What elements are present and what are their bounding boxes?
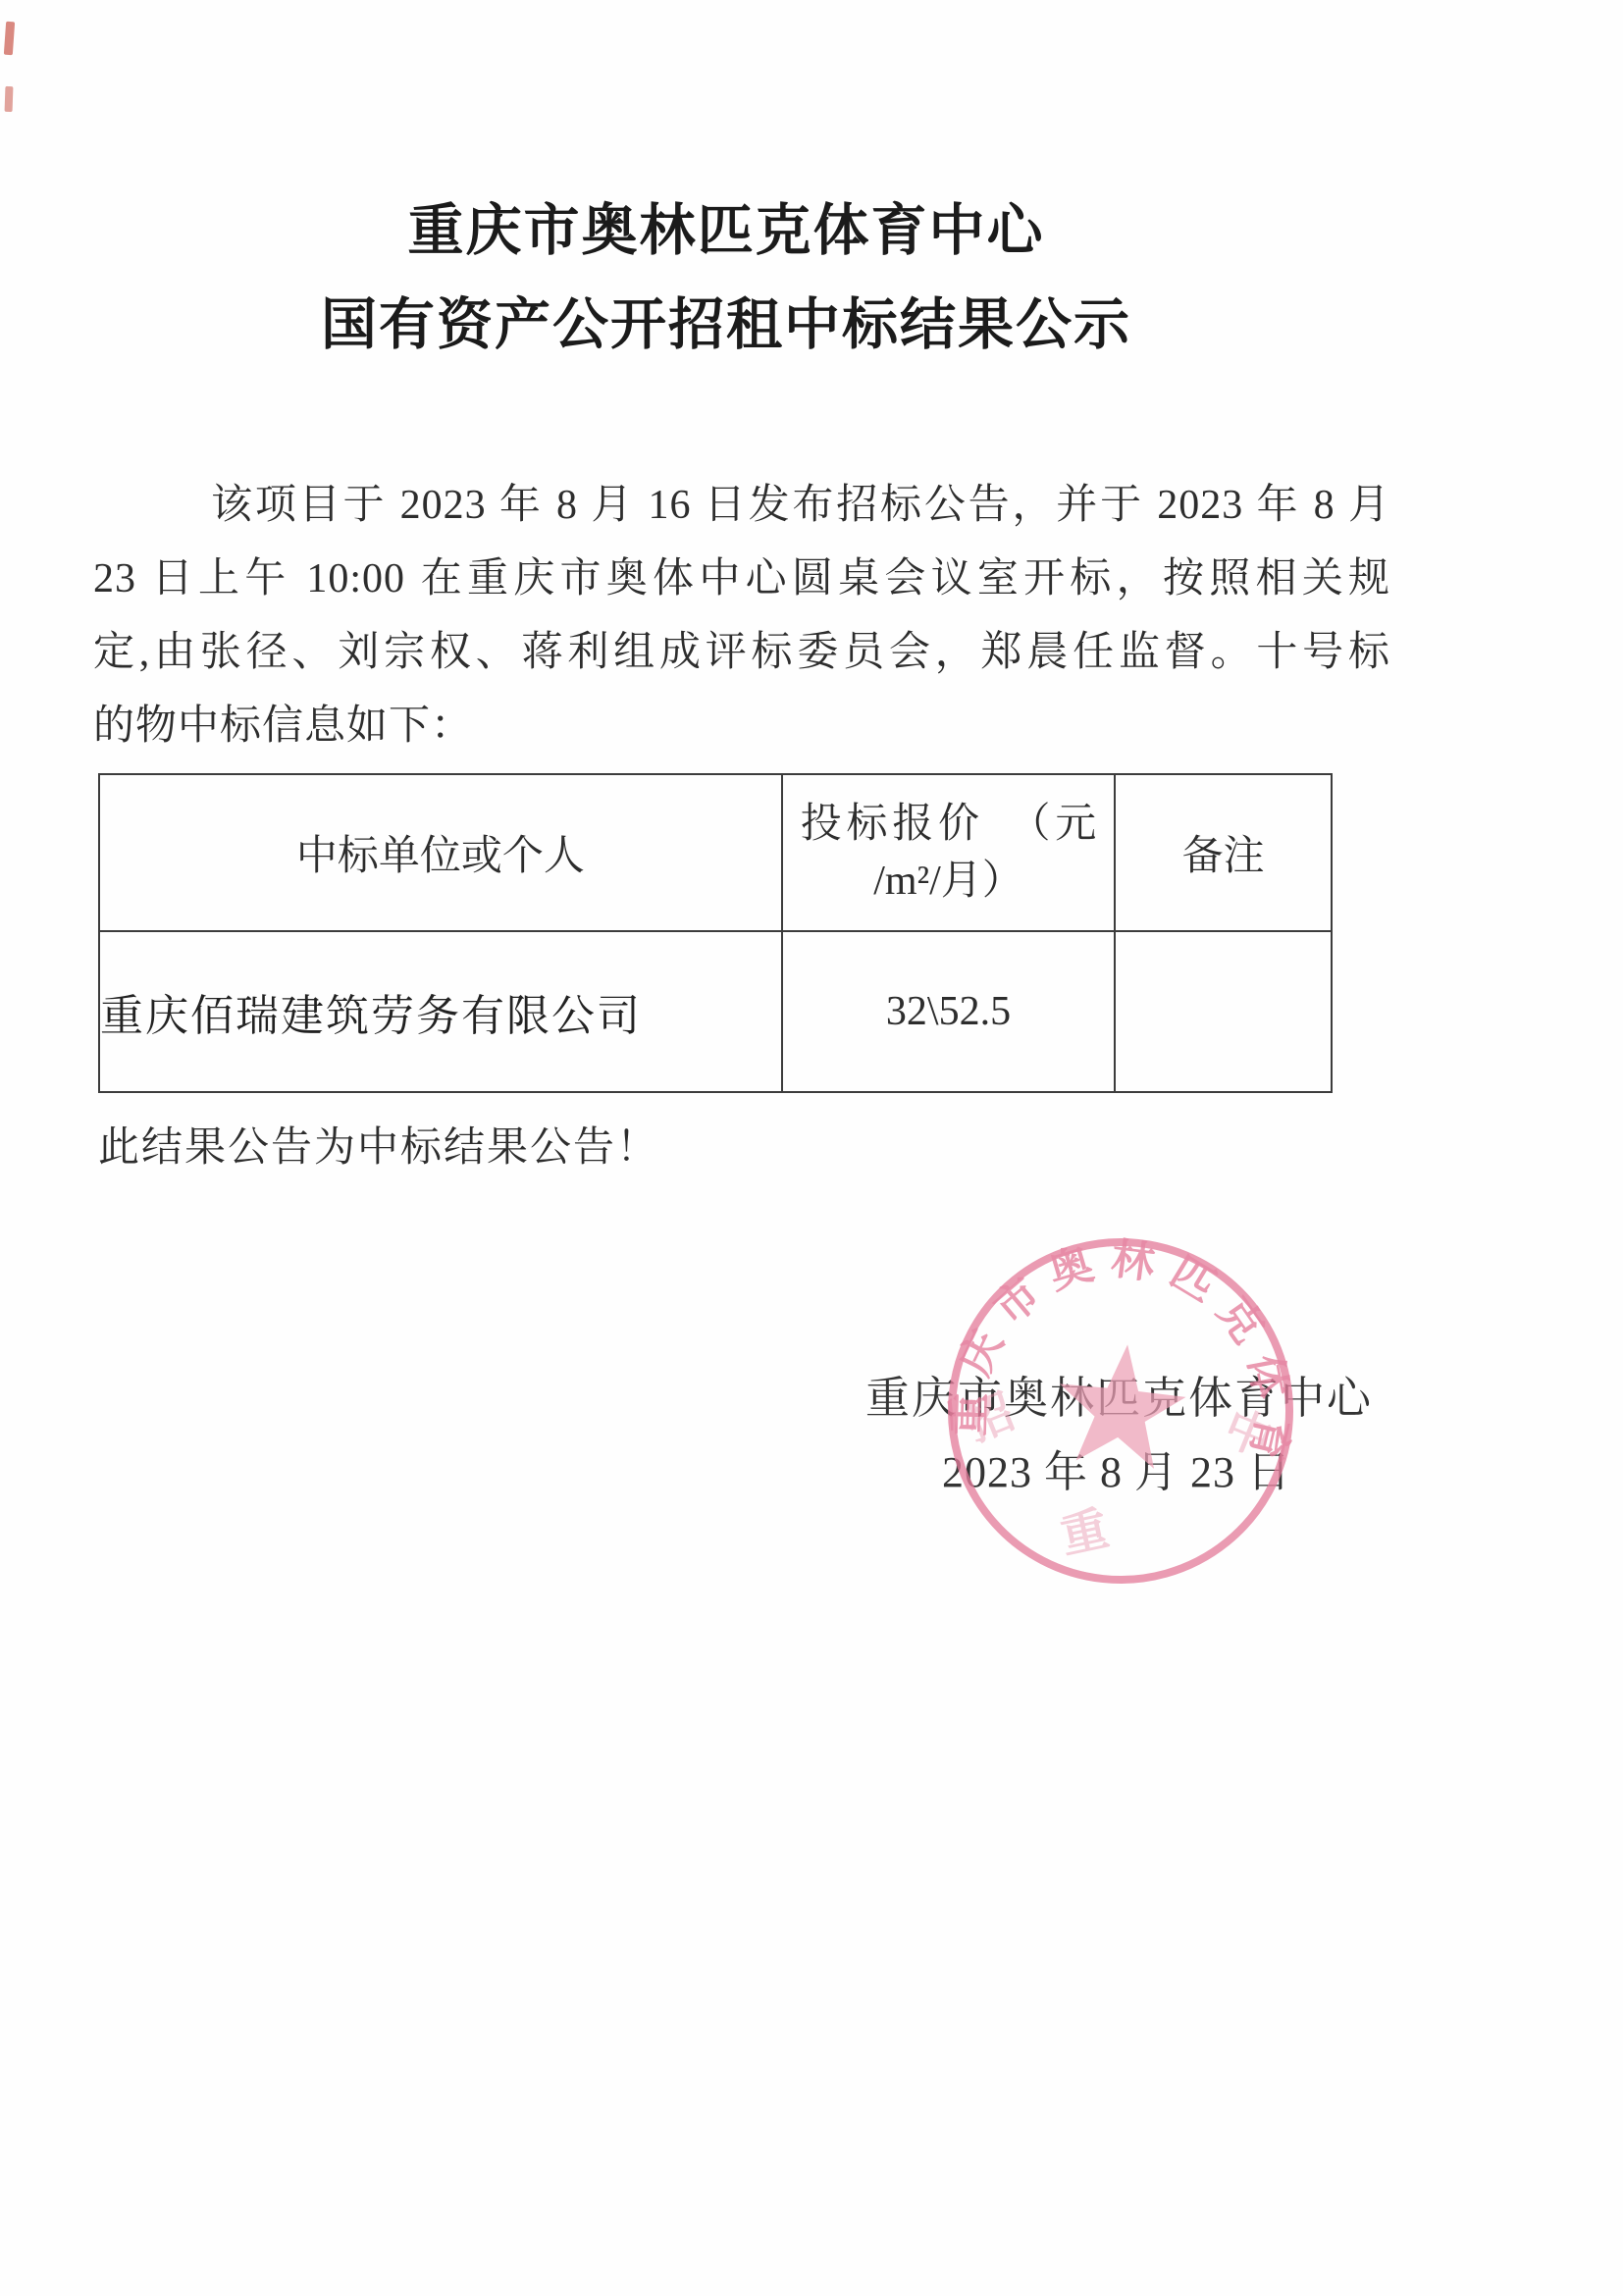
paragraph-line-4: 的物中标信息如下： <box>93 690 1390 763</box>
col-header-winner: 中标单位或个人 <box>99 774 782 931</box>
document-page: 重庆市奥林匹克体育中心 国有资产公开招租中标结果公示 该项目于 2023 年 8… <box>0 0 1623 2296</box>
body-paragraph: 该项目于 2023 年 8 月 16 日发布招标公告，并于 2023 年 8 月… <box>93 469 1390 763</box>
signature-org: 重庆市奥林匹克体育中心 <box>865 1362 1368 1426</box>
paragraph-line-2: 23 日上午 10:00 在重庆市奥体中心圆桌会议室开标，按照相关规 <box>93 543 1390 616</box>
document-title: 重庆市奥林匹克体育中心 国有资产公开招租中标结果公示 <box>74 184 1379 373</box>
table-row: 重庆佰瑞建筑劳务有限公司 32\52.5 <box>99 931 1332 1092</box>
remark-cell <box>1115 931 1332 1092</box>
title-line-1: 重庆市奥林匹克体育中心 <box>74 184 1379 279</box>
scan-artifact <box>5 86 14 112</box>
stamp-ghost-glyph: 重 <box>1056 1503 1113 1564</box>
price-header-line2: /m²/月） <box>783 853 1114 910</box>
closing-statement: 此结果公告为中标结果公告！ <box>98 1115 659 1174</box>
col-header-price: 投标报价 （元 /m²/月） <box>782 774 1115 931</box>
scan-artifact <box>4 22 15 56</box>
signature-date: 2023 年 8 月 23 日 <box>865 1436 1368 1499</box>
paragraph-line-1: 该项目于 2023 年 8 月 16 日发布招标公告，并于 2023 年 8 月 <box>93 469 1390 543</box>
winner-cell: 重庆佰瑞建筑劳务有限公司 <box>99 931 782 1092</box>
bid-result-table: 中标单位或个人 投标报价 （元 /m²/月） 备注 重庆佰瑞建筑劳务有限公司 3… <box>98 773 1333 1093</box>
col-header-remark: 备注 <box>1115 774 1332 931</box>
table-header-row: 中标单位或个人 投标报价 （元 /m²/月） 备注 <box>99 774 1332 931</box>
price-cell: 32\52.5 <box>782 931 1115 1092</box>
price-header-line1: 投标报价 （元 <box>783 796 1114 853</box>
paragraph-line-3: 定,由张径、刘宗权、蒋利组成评标委员会，郑晨任监督。十号标 <box>93 616 1390 690</box>
title-line-2: 国有资产公开招租中标结果公示 <box>74 279 1379 373</box>
